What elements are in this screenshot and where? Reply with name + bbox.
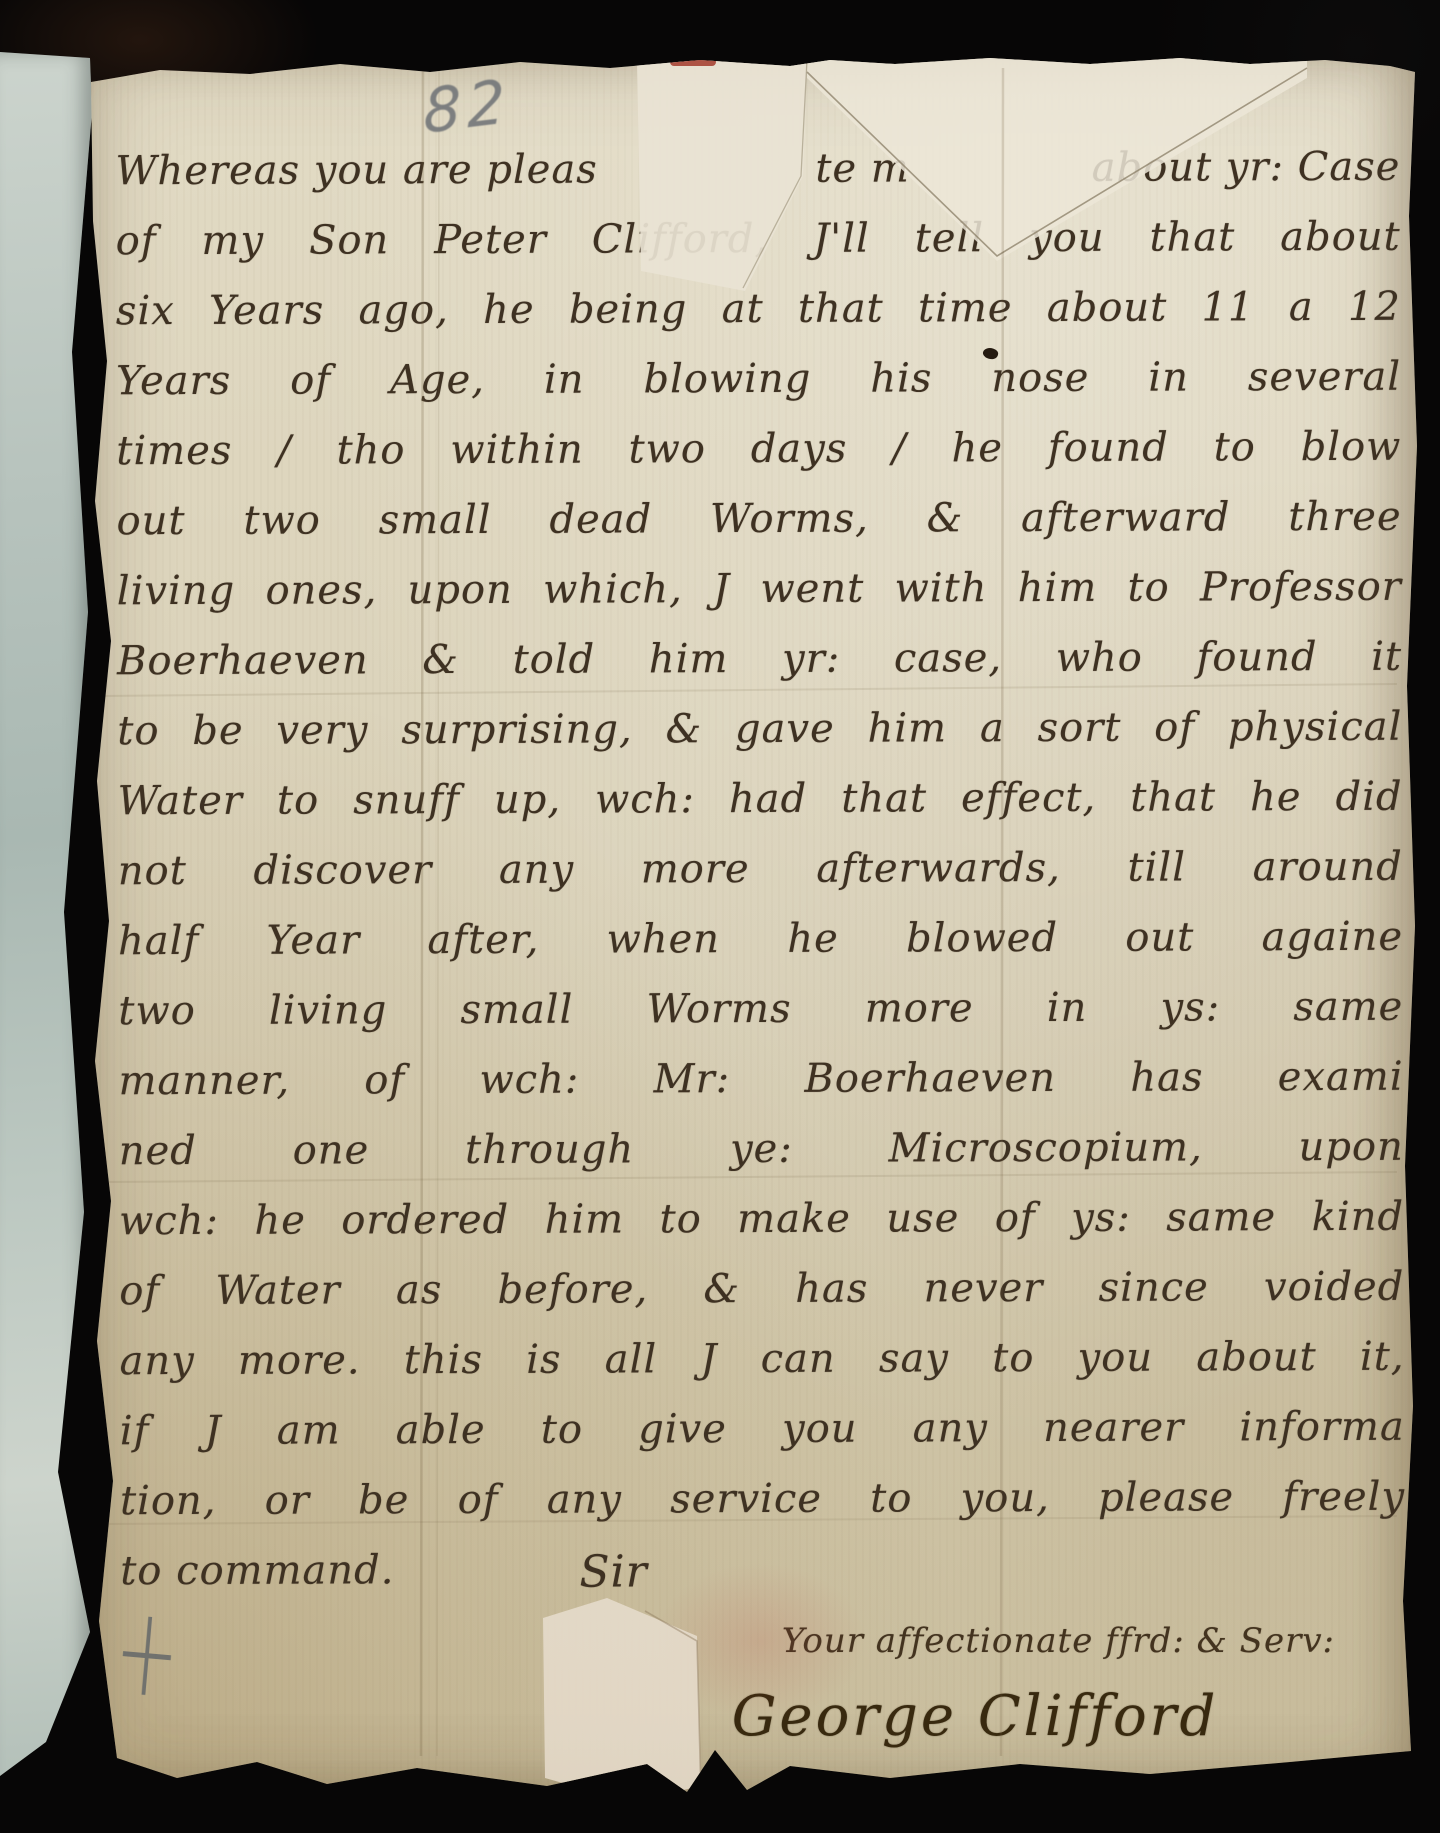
- letter-line: Years of Age, in blowing his nose in sev…: [116, 354, 1401, 428]
- archival-number-pencil: 82: [423, 66, 512, 147]
- letter-line: two living small Worms more in ys: same: [118, 984, 1403, 1058]
- letter-line: Water to snuff up, wch: had that effect,…: [118, 774, 1403, 848]
- letter-line: to be very surprising, & gave him a sort…: [117, 704, 1402, 778]
- letter-line: any more. this is all J can say to you a…: [119, 1334, 1404, 1408]
- salutation: Sir: [579, 1546, 647, 1597]
- letter-line: tion, or be of any service to you, pleas…: [120, 1474, 1405, 1548]
- wax-residue-top: [670, 58, 716, 66]
- line1-fragment-start: Whereas you are pleas: [115, 147, 598, 195]
- letter-paper: Whereas you are pleas te m about yr: Cas…: [85, 56, 1417, 1804]
- under-page-edge: [0, 52, 96, 1792]
- letter-line: living ones, upon which, J went with him…: [117, 564, 1402, 638]
- letter-line: six Years ago, he being at that time abo…: [116, 284, 1401, 358]
- pencil-cross-mark: +: [109, 1577, 186, 1728]
- letter-line: wch: he ordered him to make use of ys: s…: [119, 1194, 1404, 1268]
- letter-line: Boerhaeven & told him yr: case, who foun…: [117, 634, 1402, 708]
- letter-line: manner, of wch: Mr: Boerhaeven has exami: [118, 1054, 1403, 1128]
- letter-line: ned one through ye: Microscopium, upon: [119, 1124, 1404, 1198]
- photograph-background: Whereas you are pleas te m about yr: Cas…: [0, 0, 1440, 1833]
- letter-line: not discover any more afterwards, till a…: [118, 844, 1403, 918]
- letter-line: times / tho within two days / he found t…: [116, 424, 1401, 498]
- letter-line: if J am able to give you any nearer info…: [120, 1404, 1405, 1478]
- letter-line: of Water as before, & has never since vo…: [119, 1264, 1404, 1338]
- letter-line: out two small dead Worms, & afterward th…: [117, 494, 1402, 568]
- letter-line: half Year after, when he blowed out agai…: [118, 914, 1403, 988]
